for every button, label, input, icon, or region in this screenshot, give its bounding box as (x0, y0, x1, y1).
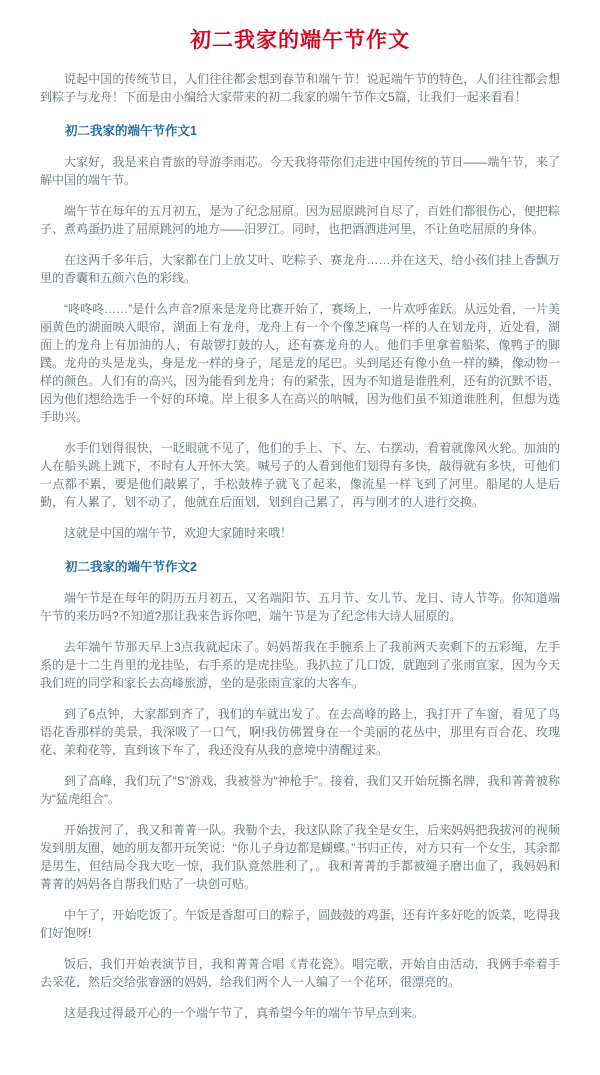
section-2-paragraph: 开始拔河了，我又和菁菁一队。我勒个去，我这队除了我全是女生，后来妈妈把我拔河的视… (40, 821, 560, 893)
section-1-paragraph: “咚咚咚……”是什么声音?原来是龙舟比赛开始了，赛场上，一片欢呼雀跃。从远处看，… (40, 300, 560, 426)
section-1-paragraph: 水手们划得很快，一眨眼就不见了，他们的手上、下、左、右摆动，看着就像风火轮。加油… (40, 439, 560, 511)
section-2-paragraph: 去年端午节那天早上3点我就起床了。妈妈帮我在手腕系上了我前两天卖剩下的五彩绳，左… (40, 638, 560, 692)
section-2-paragraph: 中午了，开始吃饭了。午饭是香甜可口的粽子，圆鼓鼓的鸡蛋，还有许多好吃的饭菜，吃得… (40, 906, 560, 942)
section-2-paragraph: 端午节是在每年的阴历五月初五，又名端阳节、五月节、女儿节、龙日、诗人节等。你知道… (40, 589, 560, 625)
section-1-paragraph: 这就是中国的端午节，欢迎大家随时来哦！ (40, 524, 560, 542)
section-1-paragraph: 在这两千多年后，大家都在门上放艾叶、吃粽子、赛龙舟……并在这天，给小孩们挂上香飘… (40, 251, 560, 287)
section-1-paragraph: 大家好，我是来自青旅的导游李雨芯。今天我将带你们走进中国传统的节日——端午节，来… (40, 153, 560, 189)
page-title: 初二我家的端午节作文 (40, 24, 560, 54)
document-page: 初二我家的端午节作文 说起中国的传统节日，人们往往都会想到春节和端午节！说起端午… (0, 0, 600, 1075)
section-1-paragraph: 端午节在每年的五月初五，是为了纪念屈原。因为屈原跳河自尽了，百姓们都很伤心，便把… (40, 202, 560, 238)
intro-paragraph: 说起中国的传统节日，人们往往都会想到春节和端午节！说起端午节的特色，人们往往都会… (40, 70, 560, 106)
section-2-paragraph: 到了6点钟，大家都到齐了，我们的车就出发了。在去高峰的路上，我打开了车窗，看见了… (40, 705, 560, 759)
section-1-heading: 初二我家的端午节作文1 (40, 122, 560, 140)
section-2-heading: 初二我家的端午节作文2 (40, 558, 560, 576)
section-2-paragraph: 到了高峰，我们玩了“S”游戏，我被誉为“神枪手”。接着，我们又开始玩撕名牌，我和… (40, 772, 560, 808)
section-2-paragraph: 这是我过得最开心的一个端午节了，真希望今年的端午节早点到来。 (40, 1004, 560, 1022)
section-2-paragraph: 饭后，我们开始表演节目，我和菁菁合唱《青花瓷》。唱完歌，开始自由活动，我俩手牵着… (40, 955, 560, 991)
